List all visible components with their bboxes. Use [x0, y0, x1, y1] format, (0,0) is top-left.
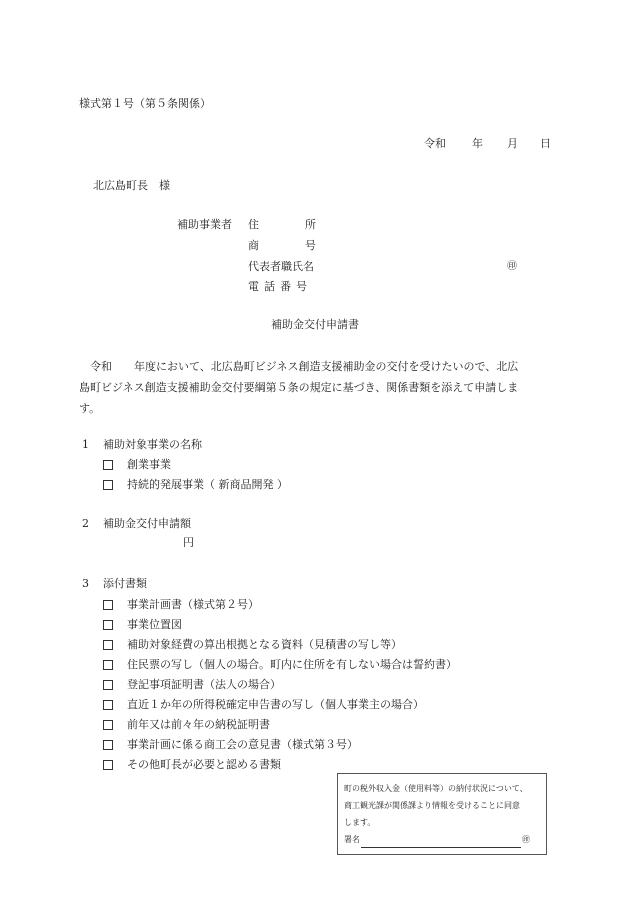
- attachment-item[interactable]: 住民票の写し（個人の場合。町内に住所を有しない場合は誓約書）: [103, 658, 457, 672]
- attachment-item[interactable]: 事業計画に係る商工会の意見書（様式第３号）: [103, 738, 358, 752]
- trade-name-field-label: 商 号: [248, 239, 316, 253]
- checkbox[interactable]: [103, 480, 113, 490]
- body-paragraph: 令和 年度において、北広島町ビジネス創造支援補助金の交付を受けたいので、北広 島…: [79, 356, 551, 419]
- section-2-number: 2: [82, 517, 89, 531]
- signature-label: 署名: [344, 831, 360, 848]
- section-3-title: 添付書類: [103, 577, 147, 591]
- checkbox[interactable]: [103, 760, 113, 770]
- business-type-option[interactable]: 創業事業: [103, 458, 171, 472]
- section-3-number: 3: [82, 577, 89, 591]
- checkbox[interactable]: [103, 680, 113, 690]
- form-number: 様式第１号（第５条関係）: [79, 97, 211, 111]
- applicant-label: 補助事業者: [177, 218, 232, 232]
- attachment-item[interactable]: 前年又は前々年の納税証明書: [103, 718, 270, 732]
- document-title: 補助金交付申請書: [0, 318, 630, 332]
- addressee: 北広島町長 様: [93, 179, 170, 193]
- checkbox[interactable]: [103, 720, 113, 730]
- attachment-item[interactable]: 補助対象経費の算出根拠となる資料（見積書の写し等）: [103, 638, 402, 652]
- signature-line: 署名 ㊞: [344, 831, 542, 848]
- signature-field[interactable]: [361, 837, 521, 848]
- checkbox[interactable]: [103, 620, 113, 630]
- date-era: 令和: [424, 137, 446, 151]
- attachment-item[interactable]: 直近１か年の所得税確定申告書の写し（個人事業主の場合）: [103, 698, 424, 712]
- seal-mark: ㊞: [507, 260, 517, 274]
- date-month: 月: [507, 137, 518, 151]
- address-field-label: 住 所: [248, 218, 316, 232]
- checkbox[interactable]: [103, 640, 113, 650]
- attachment-item[interactable]: 事業位置図: [103, 618, 182, 632]
- amount-unit: 円: [183, 536, 194, 550]
- checkbox[interactable]: [103, 460, 113, 470]
- attachment-item[interactable]: 登記事項証明書（法人の場合）: [103, 678, 281, 692]
- section-1-title: 補助対象事業の名称: [103, 438, 202, 452]
- section-1-number: 1: [82, 438, 89, 452]
- checkbox[interactable]: [103, 740, 113, 750]
- consent-box: 町の税外収入金（使用料等）の納付状況について、 商工観光課が関係課より情報を受け…: [337, 773, 547, 855]
- business-type-option[interactable]: 持続的発展事業（ 新商品開発 ）: [103, 478, 288, 492]
- date-day: 日: [540, 137, 551, 151]
- checkbox[interactable]: [103, 700, 113, 710]
- checkbox[interactable]: [103, 660, 113, 670]
- date-year: 年: [472, 137, 483, 151]
- attachment-item[interactable]: その他町長が必要と認める書類: [103, 758, 281, 772]
- seal-mark: ㊞: [522, 831, 530, 848]
- phone-field-label: 電話番号: [248, 280, 312, 294]
- representative-field-label: 代表者職氏名: [248, 260, 314, 274]
- section-2-title: 補助金交付申請額: [103, 517, 191, 531]
- attachment-item[interactable]: 事業計画書（様式第２号）: [103, 598, 259, 612]
- checkbox[interactable]: [103, 600, 113, 610]
